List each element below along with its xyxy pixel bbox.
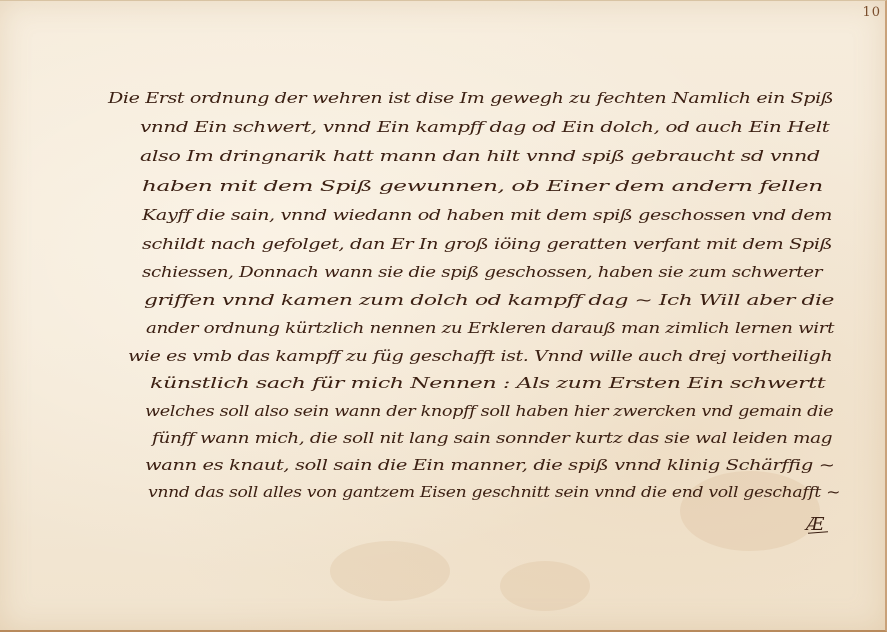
text-line-5: Kayff die sain, vnnd wiedann od haben mi… <box>142 206 832 224</box>
text-line-3: also Im dringnarik hatt mann dan hilt vn… <box>140 147 820 165</box>
text-line-7: schiessen, Donnach wann sie die spiß ges… <box>142 263 822 281</box>
paper-stain <box>500 561 590 611</box>
folio-number: 10 <box>862 5 881 20</box>
text-line-10: wie es vmb das kampff zu füg geschafft i… <box>128 347 832 365</box>
text-line-1: Die Erst ordnung der wehren ist dise Im … <box>108 89 833 107</box>
text-line-13: fünff wann mich, die soll nit lang sain … <box>152 429 832 447</box>
paper-stain <box>330 541 450 601</box>
text-line-11: künstlich sach für mich Nennen : Als zum… <box>150 374 825 392</box>
text-line-4: haben mit dem Spiß gewunnen, ob Einer de… <box>142 177 823 195</box>
text-line-9: ander ordnung kürtzlich nennen zu Erkler… <box>146 319 834 337</box>
text-line-2: vnnd Ein schwert, vnnd Ein kampff dag od… <box>140 118 829 136</box>
text-line-12: welches soll also sein wann der knopff s… <box>145 402 833 420</box>
closing-flourish-mark: Æ <box>806 514 824 535</box>
text-line-14: wann es knaut, soll sain die Ein manner,… <box>145 456 835 474</box>
text-line-8: griffen vnnd kamen zum dolch od kampff d… <box>144 291 834 309</box>
manuscript-page: 10 Die Erst ordnung der wehren ist dise … <box>0 0 887 631</box>
text-line-6: schildt nach gefolget, dan Er In groß iö… <box>142 235 832 253</box>
text-line-15: vnnd das soll alles von gantzem Eisen ge… <box>148 483 840 501</box>
